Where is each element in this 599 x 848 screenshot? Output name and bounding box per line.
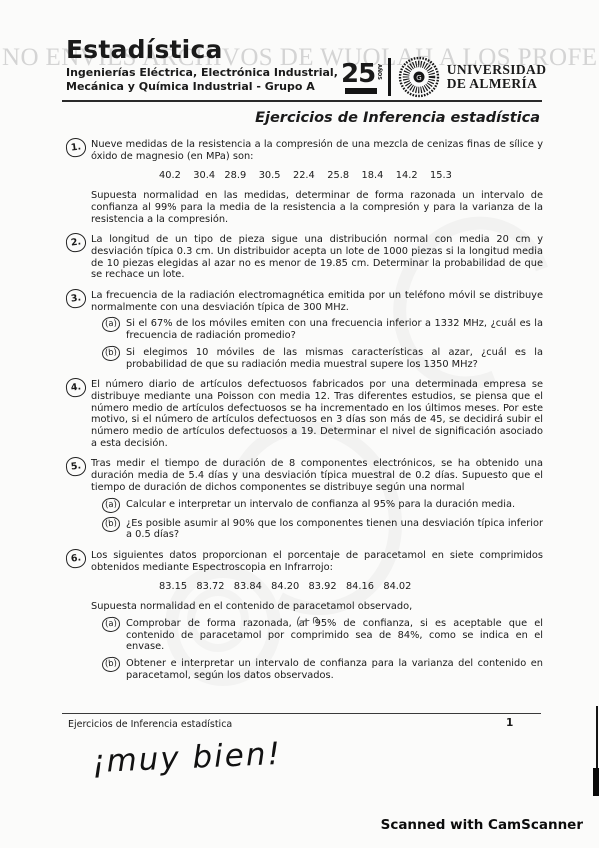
handwritten-muy-bien: ¡muy bien! — [91, 736, 282, 780]
exercise-3: 3. La frecuencia de la radiación electro… — [66, 290, 543, 370]
exercise-5-item-b: (b) ¿Es posible asumir al 90% que los co… — [102, 518, 543, 541]
exercise-3-item-b: (b) Si elegimos 10 móviles de las mismas… — [102, 347, 543, 370]
logo-25-number: 25 — [341, 61, 375, 87]
exercise-1-text: Nueve medidas de la resistencia a la com… — [91, 139, 543, 162]
exercise-1: 1. Nueve medidas de la resistencia a la … — [66, 139, 543, 225]
page-number: 1 — [506, 717, 513, 729]
anniversary-25-logo: 25 años — [341, 61, 381, 94]
university-logo: 25 años G UNIVERSIDAD DE ALMERÍA — [341, 56, 546, 98]
exercise-4: 4. El número diario de artículos defectu… — [66, 379, 543, 449]
exercise-3-text: La frecuencia de la radiación electromag… — [91, 290, 543, 313]
subtitle-line2: Mecánica y Química Industrial - Grupo A — [66, 80, 315, 93]
exercise-6-item-b: (b) Obtener e interpretar un intervalo d… — [102, 658, 543, 681]
exercise-list: 1. Nueve medidas de la resistencia a la … — [66, 139, 543, 681]
header-divider — [62, 100, 542, 102]
exercise-4-text: El número diario de artículos defectuoso… — [91, 379, 543, 449]
item-a-text: Calcular e interpretar un intervalo de c… — [126, 499, 543, 513]
item-b-text: Obtener e interpretar un intervalo de co… — [126, 658, 543, 681]
exercise-6-item-a: (a) Comprobar de forma razonada, al 95% … — [102, 618, 543, 653]
item-b-label: (b) — [101, 345, 120, 361]
logo-25-caption: años — [376, 64, 381, 80]
exercise-2-number: 2. — [65, 232, 87, 253]
exercise-3-number: 3. — [65, 288, 87, 309]
item-a-label: (a) — [101, 497, 120, 513]
camscanner-watermark: Scanned with CamScanner — [381, 817, 583, 833]
handwritten-pencil-mark: (−∩ — [295, 613, 321, 628]
item-a-label: (a) — [101, 317, 120, 333]
university-line2: DE ALMERÍA — [447, 76, 538, 91]
item-a-text: Si el 67% de los móviles emiten con una … — [126, 318, 543, 341]
item-b-text: Si elegimos 10 móviles de las mismas car… — [126, 347, 543, 370]
exercise-6-data-values: 83.15 83.72 83.84 84.20 83.92 84.16 84.0… — [91, 581, 543, 593]
exercise-5-item-a: (a) Calcular e interpretar un intervalo … — [102, 499, 543, 513]
logo-separator — [388, 58, 391, 96]
exercise-6-note: Supuesta normalidad en el contenido de p… — [91, 601, 543, 613]
exercise-5-number: 5. — [65, 456, 87, 477]
scan-edge-artifact — [596, 706, 598, 772]
university-seal-icon: G — [398, 56, 440, 98]
item-a-text: Comprobar de forma razonada, al 95% de c… — [126, 618, 543, 653]
logo-25-bar — [345, 88, 377, 94]
exercise-2: 2. La longitud de un tipo de pieza sigue… — [66, 234, 543, 281]
footer-title: Ejercicios de Inferencia estadística — [68, 719, 232, 730]
svg-text:G: G — [416, 74, 421, 82]
scanned-document-page: NO ENVÍES ARCHIVOS DE WUOLAH A LOS PROFE… — [0, 0, 599, 848]
exercise-1-number: 1. — [65, 137, 87, 158]
footer-divider — [62, 713, 541, 714]
item-b-label: (b) — [101, 656, 120, 672]
exercise-3-item-a: (a) Si el 67% de los móviles emiten con … — [102, 318, 543, 341]
exercise-1-data-values: 40.2 30.4 28.9 30.5 22.4 25.8 18.4 14.2 … — [91, 170, 543, 182]
page-title: Ejercicios de Inferencia estadística — [0, 110, 540, 126]
item-b-text: ¿Es posible asumir al 90% que los compon… — [126, 518, 543, 541]
item-a-label: (a) — [101, 616, 120, 632]
exercise-5: 5. Tras medir el tiempo de duración de 8… — [66, 458, 543, 541]
university-line1: UNIVERSIDAD — [447, 62, 547, 77]
exercise-5-text: Tras medir el tiempo de duración de 8 co… — [91, 458, 543, 493]
exercise-1-note: Supuesta normalidad en las medidas, dete… — [91, 190, 543, 225]
exercise-4-number: 4. — [65, 377, 87, 398]
item-b-label: (b) — [101, 516, 120, 532]
scan-edge-artifact — [593, 768, 599, 796]
exercise-6-text: Los siguientes datos proporcionan el por… — [91, 550, 543, 573]
course-subtitle: Ingenierías Eléctrica, Electrónica Indus… — [66, 66, 356, 93]
document-header: Estadística Ingenierías Eléctrica, Elect… — [66, 36, 543, 93]
exercise-6-number: 6. — [65, 548, 87, 569]
subtitle-line1: Ingenierías Eléctrica, Electrónica Indus… — [66, 66, 338, 79]
exercise-2-text: La longitud de un tipo de pieza sigue un… — [91, 234, 543, 281]
university-name: UNIVERSIDAD DE ALMERÍA — [447, 63, 547, 91]
